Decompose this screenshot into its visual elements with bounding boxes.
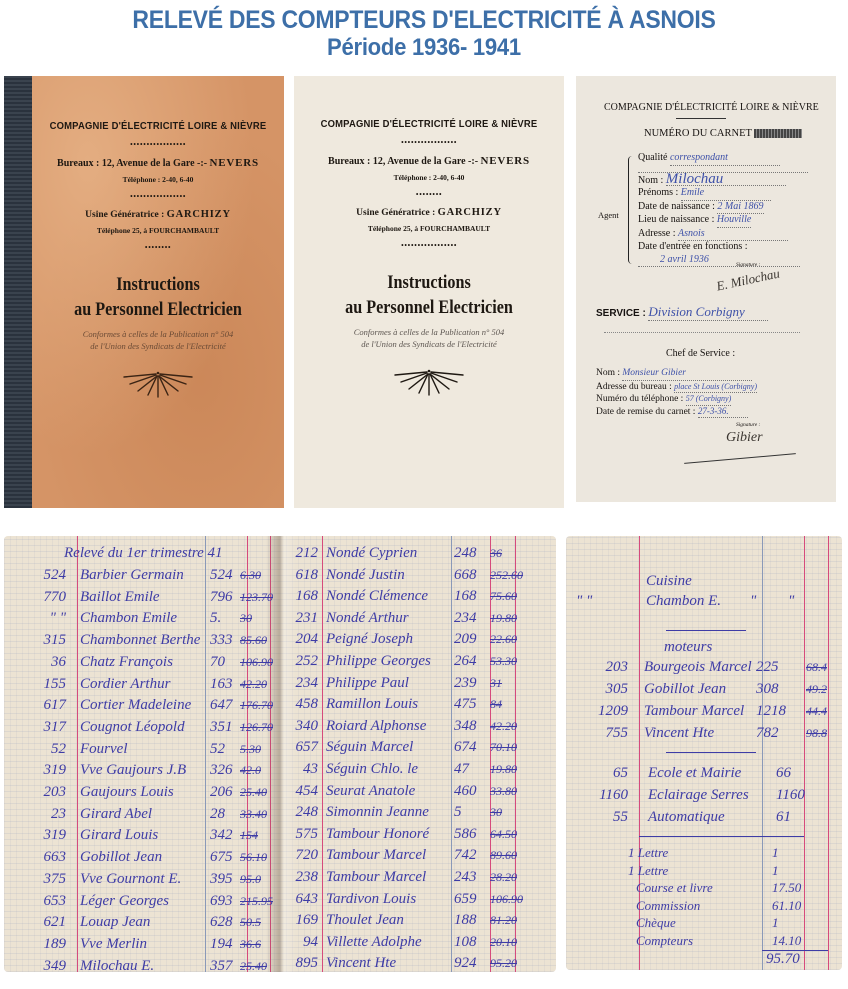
field-label: Nom : [596, 368, 620, 378]
subscriber-name: Nondé Arthur [326, 607, 409, 629]
carnet-number-label: NUMÉRO DU CARNET [644, 128, 752, 139]
chef-field-date-remise: Date de remise du carnet : 27-3-36. [596, 406, 757, 419]
agent-brace [628, 156, 633, 264]
service-label: SERVICE : [596, 308, 646, 319]
current-index: 243 [454, 866, 477, 888]
prev-index: 458 [274, 693, 318, 715]
prev-index: 168 [274, 585, 318, 607]
amount: 98.8 [806, 722, 827, 744]
prev-index: 1209 [568, 700, 628, 722]
current-index: " [750, 590, 756, 612]
amount: 95.20 [490, 952, 517, 972]
ledger-row: 248Simonnin Jeanne530 [4, 801, 556, 823]
usine-label: Usine Génératrice : [85, 210, 167, 220]
amount: 31 [490, 672, 502, 694]
booklet-cover: COMPAGNIE D'ÉLECTRICITÉ LOIRE & NIÈVRE •… [4, 76, 284, 508]
title-page-text: COMPAGNIE D'ÉLECTRICITÉ LOIRE & NIÈVRE •… [294, 118, 564, 396]
usine-telephone: Téléphone 25, à FOURCHAMBAULT [32, 226, 284, 235]
field-qualite: Qualité correspondant [638, 152, 808, 166]
current-index: 66 [776, 762, 791, 784]
subscriber-name: Gobillot Jean [644, 678, 726, 700]
agent-signature: E. Milochau [715, 265, 781, 294]
field-label: Adresse : [638, 228, 676, 239]
subscriber-name: Villette Adolphe [326, 931, 422, 953]
amount: 68.4 [806, 656, 827, 678]
ledger-row: 169Thoulet Jean18881.20 [4, 909, 556, 931]
divider: ••••••••••••••••• [32, 140, 284, 149]
expense-label: Compteurs [636, 930, 693, 952]
field-value: 57 (Corbigny) [686, 393, 732, 406]
carnet-number-redacted [754, 129, 802, 138]
current-index: 782 [756, 722, 779, 744]
cover-text: COMPAGNIE D'ÉLECTRICITÉ LOIRE & NIÈVRE •… [32, 120, 284, 398]
current-index: 168 [454, 585, 477, 607]
subscriber-name: Séguin Chlo. le [326, 758, 418, 780]
expenses-total: 95.70 [766, 948, 800, 970]
usine-telephone: Téléphone 25, à FOURCHAMBAULT [294, 224, 564, 233]
field-label: Nom : [638, 175, 663, 186]
prev-index: 204 [274, 628, 318, 650]
current-index: 348 [454, 715, 477, 737]
amount: 75.60 [490, 585, 517, 607]
current-index: 47 [454, 758, 469, 780]
blank-line [604, 332, 800, 333]
ledger-row: 238Tambour Marcel24328.20 [4, 866, 556, 888]
bureaux-line: Bureaux : 12, Avenue de la Gare -:- NEVE… [294, 155, 564, 167]
sunburst-ornament-icon [122, 370, 194, 398]
subscriber-name: Tardivon Louis [326, 888, 416, 910]
prev-index: 643 [274, 888, 318, 910]
section-divider [666, 630, 746, 631]
subscriber-name: Peigné Joseph [326, 628, 413, 650]
current-index: 742 [454, 844, 477, 866]
prev-index: 238 [274, 866, 318, 888]
current-index: 188 [454, 909, 477, 931]
current-index: 1160 [776, 784, 805, 806]
ledger-row: 203Bourgeois Marcel22568.4 [566, 656, 842, 678]
field-label: Date de naissance : [638, 201, 715, 212]
ledger-row: 212Nondé Cyprien24836 [4, 542, 556, 564]
service-line: SERVICE : Division Corbigny [596, 304, 768, 321]
prev-index: 657 [274, 736, 318, 758]
page-title: RELEVÉ DES COMPTEURS D'ELECTRICITÉ À ASN… [0, 6, 848, 62]
ledger-row: 55Automatique61 [566, 806, 842, 828]
amount: 42.20 [490, 715, 517, 737]
divider: ••••••••••••••••• [294, 241, 564, 250]
amount: 22.60 [490, 628, 517, 650]
blank-line [638, 166, 808, 173]
prev-index: 305 [568, 678, 628, 700]
current-index: 225 [756, 656, 779, 678]
ledger-row: 575Tambour Honoré58664.50 [4, 823, 556, 845]
subscriber-name: Eclairage Serres [648, 784, 749, 806]
ledger-row: 454Seurat Anatole46033.80 [4, 780, 556, 802]
amount: 44.4 [806, 700, 827, 722]
field-label: Date de remise du carnet : [596, 407, 695, 417]
conformes-note: Conformes à celles de la Publication n° … [32, 328, 284, 352]
prev-index: 895 [274, 952, 318, 972]
subscriber-name: Chambon E. [646, 590, 721, 612]
subscriber-name: Philippe Georges [326, 650, 431, 672]
chef-signature: Gibier [726, 430, 763, 446]
usine-name: GARCHIZY [438, 207, 502, 218]
prev-index: 94 [274, 931, 318, 953]
subscriber-name: Tambour Marcel [326, 866, 426, 888]
prev-index: 234 [274, 672, 318, 694]
ledger-row: 720Tambour Marcel74289.60 [4, 844, 556, 866]
subscriber-name: Roiard Alphonse [326, 715, 426, 737]
bureaux-address: Bureaux : 12, Avenue de la Gare -:- [57, 158, 210, 169]
prev-index: 720 [274, 844, 318, 866]
conformes-line-2: de l'Union des Syndicats de l'Electricit… [32, 340, 284, 352]
subscriber-name: Nondé Cyprien [326, 542, 417, 564]
subscriber-name: Automatique [648, 806, 725, 828]
chef-service-title: Chef de Service : [666, 348, 735, 359]
booklet-title-line-1: Instructions [314, 270, 544, 295]
amount: 30 [490, 801, 502, 823]
current-index: 5 [454, 801, 462, 823]
ledger-row: 755Vincent Hte78298.8 [566, 722, 842, 744]
ledger-row: 618Nondé Justin668252.60 [4, 564, 556, 586]
chef-fields: Nom : Monsieur Gibier Adresse du bureau … [596, 368, 757, 418]
signature-label: Signature : [736, 262, 760, 268]
field-date-entree: Date d'entrée en fonctions : [638, 241, 808, 254]
subscriber-name: Seurat Anatole [326, 780, 415, 802]
subscriber-name: Ramillon Louis [326, 693, 418, 715]
amount: 53.30 [490, 650, 517, 672]
title-line-1: RELEVÉ DES COMPTEURS D'ELECTRICITÉ À ASN… [34, 6, 814, 34]
divider: ••••••••••••••••• [294, 138, 564, 147]
current-index: 460 [454, 780, 477, 802]
bureaux-address: Bureaux : 12, Avenue de la Gare -:- [328, 156, 481, 167]
subscriber-name: Vincent Hte [326, 952, 396, 972]
booklet-title: Instructions au Personnel Electricien [51, 272, 265, 322]
field-value: place St Louis (Corbigny) [674, 381, 757, 394]
ledger-row: 305Gobillot Jean30849.2 [566, 678, 842, 700]
prev-index: 65 [568, 762, 628, 784]
current-index: 308 [756, 678, 779, 700]
ledger-row: 643Tardivon Louis659106.90 [4, 888, 556, 910]
ledger-row: 204Peigné Joseph20922.60 [4, 628, 556, 650]
current-index: 659 [454, 888, 477, 910]
signature-label: Signature : [736, 422, 760, 428]
prev-index: 340 [274, 715, 318, 737]
bureaux-city: NEVERS [210, 157, 259, 169]
booklet-title-line-1: Instructions [51, 272, 265, 297]
usine-name: GARCHIZY [167, 209, 231, 220]
section-divider [666, 752, 756, 753]
prev-index: 1160 [568, 784, 628, 806]
bureaux-city: NEVERS [481, 155, 530, 167]
company-name: COMPAGNIE D'ÉLECTRICITÉ LOIRE & NIÈVRE [45, 120, 272, 132]
field-nom: Nom : Milochau [638, 173, 808, 188]
field-date-naissance: Date de naissance : 2 Mai 1869 [638, 201, 808, 215]
service-value: Division Corbigny [648, 304, 768, 321]
field-lieu-naissance: Lieu de naissance : Houville [638, 214, 808, 228]
divider [676, 118, 726, 119]
subscriber-name: Ecole et Mairie [648, 762, 741, 784]
field-label: Numéro du téléphone : [596, 394, 683, 404]
ledger-row: 1209Tambour Marcel121844.4 [566, 700, 842, 722]
carnet-page: COMPAGNIE D'ÉLECTRICITÉ LOIRE & NIÈVRE N… [576, 76, 836, 502]
amount: 19.80 [490, 607, 517, 629]
cuisine-heading: Cuisine [646, 570, 692, 592]
prev-index: 43 [274, 758, 318, 780]
field-value: 27-3-36. [698, 406, 748, 419]
amount: 20.10 [490, 931, 517, 953]
current-index: 924 [454, 952, 477, 972]
ledger-row: 252Philippe Georges26453.30 [4, 650, 556, 672]
amount: 89.60 [490, 844, 517, 866]
subscriber-name: Tambour Marcel [326, 844, 426, 866]
moteurs-heading: moteurs [664, 636, 712, 658]
chef-field-adresse: Adresse du bureau : place St Louis (Corb… [596, 381, 757, 394]
prev-index: 454 [274, 780, 318, 802]
agent-label: Agent [598, 210, 619, 220]
ledger-row: 234Philippe Paul23931 [4, 672, 556, 694]
amount: 252.60 [490, 564, 523, 586]
conformes-note: Conformes à celles de la Publication n° … [294, 326, 564, 350]
current-index: 108 [454, 931, 477, 953]
prev-index: 55 [568, 806, 628, 828]
current-index: 1218 [756, 700, 786, 722]
usine-label: Usine Génératrice : [356, 208, 438, 218]
amount: " [788, 590, 794, 612]
prev-index: 252 [274, 650, 318, 672]
subscriber-name: Tambour Marcel [644, 700, 744, 722]
field-label: Date d'entrée en fonctions : [638, 241, 748, 252]
field-value: correspondant [670, 152, 780, 166]
amount: 70.10 [490, 736, 517, 758]
current-index: 586 [454, 823, 477, 845]
section-divider [639, 836, 804, 837]
current-index: 668 [454, 564, 477, 586]
subscriber-name: Tambour Honoré [326, 823, 429, 845]
booklet-title: Instructions au Personnel Electricien [314, 270, 544, 320]
current-index: 248 [454, 542, 477, 564]
chef-field-nom: Nom : Monsieur Gibier [596, 368, 757, 381]
amount: 84 [490, 693, 502, 715]
company-name: COMPAGNIE D'ÉLECTRICITÉ LOIRE & NIÈVRE [308, 118, 551, 130]
prev-index: 248 [274, 801, 318, 823]
current-index: 61 [776, 806, 791, 828]
field-value: Milochau [666, 173, 786, 187]
field-label: Prénoms : [638, 187, 678, 198]
prev-index: 231 [274, 607, 318, 629]
telephone: Téléphone : 2-40, 6-40 [32, 175, 284, 184]
carnet-number-line: NUMÉRO DU CARNET [644, 128, 802, 139]
conformes-line-1: Conformes à celles de la Publication n° … [32, 328, 284, 340]
ledger-row: 895Vincent Hte92495.20 [4, 952, 556, 972]
chef-field-telephone: Numéro du téléphone : 57 (Corbigny) [596, 393, 757, 406]
prev-index: 212 [274, 542, 318, 564]
ledger-row: 458Ramillon Louis47584 [4, 693, 556, 715]
telephone: Téléphone : 2-40, 6-40 [294, 173, 564, 182]
booklet-spine [4, 76, 32, 508]
cuisine-row: " " Chambon E. " " [566, 590, 842, 612]
agent-fields: Qualité correspondant Nom : Milochau Pré… [638, 152, 808, 267]
title-line-2: Période 1936- 1941 [34, 34, 814, 62]
ledger-row: 65Ecole et Mairie66 [566, 762, 842, 784]
current-index: 674 [454, 736, 477, 758]
ledger-row: 657Séguin Marcel67470.10 [4, 736, 556, 758]
ledger-row: 168Nondé Clémence16875.60 [4, 585, 556, 607]
prev-index: 169 [274, 909, 318, 931]
ledger-row: 231Nondé Arthur23419.80 [4, 607, 556, 629]
booklet-title-line-2: au Personnel Electricien [51, 297, 265, 322]
amount: 81.20 [490, 909, 517, 931]
subscriber-name: Nondé Clémence [326, 585, 428, 607]
prev-index: 618 [274, 564, 318, 586]
subscriber-name: Thoulet Jean [326, 909, 404, 931]
subscriber-name: Vincent Hte [644, 722, 714, 744]
amount: 28.20 [490, 866, 517, 888]
field-value: 2 Mai 1869 [717, 201, 763, 215]
ledger-left-spread: Relevé du 1er trimestre 41 524Barbier Ge… [4, 536, 556, 972]
prev-index: " " [576, 590, 626, 612]
usine-line: Usine Génératrice : GARCHIZY [294, 207, 564, 218]
subscriber-name: Séguin Marcel [326, 736, 413, 758]
prev-index: 755 [568, 722, 628, 744]
booklet-title-page: COMPAGNIE D'ÉLECTRICITÉ LOIRE & NIÈVRE •… [294, 76, 564, 508]
ledger-right-page: Cuisine " " Chambon E. " " moteurs 203Bo… [566, 536, 842, 970]
field-label: Lieu de naissance : [638, 214, 714, 225]
ledger-row: 43Séguin Chlo. le4719.80 [4, 758, 556, 780]
expense-row: Compteurs14.10 [566, 930, 842, 952]
subscriber-name: Bourgeois Marcel [644, 656, 752, 678]
prev-index: 203 [568, 656, 628, 678]
amount: 19.80 [490, 758, 517, 780]
current-index: 475 [454, 693, 477, 715]
field-value: Houville [717, 214, 751, 228]
divider: •••••••• [294, 190, 564, 199]
usine-line: Usine Génératrice : GARCHIZY [32, 209, 284, 220]
subscriber-name: Simonnin Jeanne [326, 801, 429, 823]
amount: 33.80 [490, 780, 517, 802]
divider: •••••••• [32, 243, 284, 252]
amount: 36 [490, 542, 502, 564]
field-value: Emile [681, 187, 771, 201]
field-value: Asnois [678, 228, 788, 242]
subscriber-name: Nondé Justin [326, 564, 405, 586]
signature-underline [684, 453, 796, 464]
ledger-row: 94Villette Adolphe10820.10 [4, 931, 556, 953]
amount: 64.50 [490, 823, 517, 845]
conformes-line-2: de l'Union des Syndicats de l'Electricit… [294, 338, 564, 350]
current-index: 239 [454, 672, 477, 694]
prev-index: 575 [274, 823, 318, 845]
amount: 106.90 [490, 888, 523, 910]
ledger-row: 340Roiard Alphonse34842.20 [4, 715, 556, 737]
current-index: 209 [454, 628, 477, 650]
field-value: Monsieur Gibier [622, 368, 752, 381]
ledger-row: 1160Eclairage Serres1160 [566, 784, 842, 806]
subscriber-name: Philippe Paul [326, 672, 409, 694]
field-label: Adresse du bureau : [596, 382, 672, 392]
sunburst-ornament-icon [393, 368, 465, 396]
amount: 49.2 [806, 678, 827, 700]
current-index: 264 [454, 650, 477, 672]
divider: ••••••••••••••••• [32, 192, 284, 201]
company-name: COMPAGNIE D'ÉLECTRICITÉ LOIRE & NIÈVRE [604, 102, 819, 113]
bureaux-line: Bureaux : 12, Avenue de la Gare -:- NEVE… [32, 157, 284, 169]
field-label: Qualité [638, 152, 667, 163]
booklet-title-line-2: au Personnel Electricien [314, 295, 544, 320]
conformes-line-1: Conformes à celles de la Publication n° … [294, 326, 564, 338]
current-index: 234 [454, 607, 477, 629]
field-adresse: Adresse : Asnois [638, 228, 808, 242]
field-prenoms: Prénoms : Emile [638, 187, 808, 201]
